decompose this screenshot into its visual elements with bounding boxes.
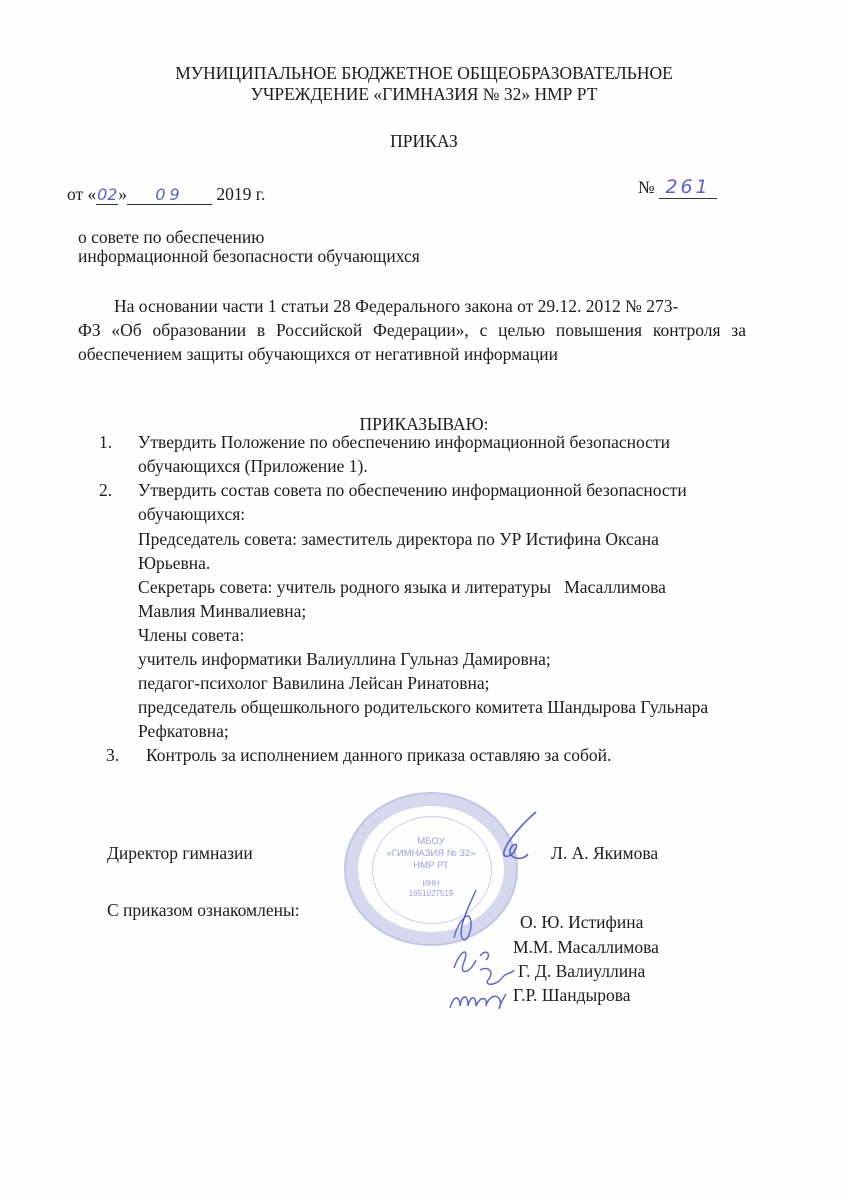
item-2-number: 2.	[99, 480, 112, 501]
item-3-number: 3.	[106, 745, 119, 766]
date-prefix: от «	[67, 184, 96, 204]
stamp-line3: НМР РТ	[346, 860, 516, 871]
acknowledged-label: С приказом ознакомлены:	[107, 900, 300, 921]
preamble-line3: обеспечением защиты обучающихся от негат…	[78, 344, 558, 365]
director-name: Л. А. Якимова	[551, 843, 658, 864]
chair-line1: Председатель совета: заместитель директо…	[138, 529, 659, 550]
date-day: 02	[96, 185, 118, 205]
document-type: ПРИКАЗ	[0, 131, 848, 152]
org-name-line1: МУНИЦИПАЛЬНОЕ БЮДЖЕТНОЕ ОБЩЕОБРАЗОВАТЕЛЬ…	[0, 63, 848, 84]
secretary-line2: Мавлия Минвалиевна;	[138, 601, 306, 622]
number-value: 261	[659, 176, 717, 199]
item-1-number: 1.	[99, 432, 112, 453]
date-mid: »	[118, 184, 127, 204]
member-3-line1: председатель общешкольного родительского…	[138, 697, 708, 718]
staff-signatures-icon	[440, 888, 520, 1028]
item-1-line2: обучающихся (Приложение 1).	[138, 456, 368, 477]
member-3-line2: Рефкатовна;	[138, 721, 229, 742]
director-signature-icon	[494, 808, 544, 868]
stamp-line1: МБОУ	[346, 836, 516, 847]
date-year: 2019 г.	[216, 184, 265, 204]
chair-line2: Юрьевна.	[138, 553, 210, 574]
item-3-line1: Контроль за исполнением данного приказа …	[146, 745, 611, 766]
ack-name-2: М.М. Масаллимова	[513, 937, 659, 958]
signatory-position: Директор гимназии	[107, 843, 253, 864]
secretary-line1: Секретарь совета: учитель родного языка …	[138, 577, 666, 598]
ack-name-3: Г. Д. Валиуллина	[518, 961, 645, 982]
item-1-line1: Утвердить Положение по обеспечению инфор…	[138, 432, 670, 453]
member-1: учитель информатики Валиуллина Гульназ Д…	[138, 649, 551, 670]
order-number: № 261	[638, 176, 717, 199]
number-label: №	[638, 177, 655, 197]
org-name-line2: УЧРЕЖДЕНИЕ «ГИМНАЗИЯ № 32» НМР РТ	[0, 84, 848, 105]
preamble-line2: ФЗ «Об образовании в Российской Федераци…	[78, 320, 746, 341]
member-2: педагог-психолог Вавилина Лейсан Ринатов…	[138, 673, 489, 694]
ack-name-1: О. Ю. Истифина	[520, 912, 643, 933]
ack-name-4: Г.Р. Шандырова	[513, 985, 631, 1006]
members-heading: Члены совета:	[138, 625, 244, 646]
subject-line1: о совете по обеспечению	[78, 227, 264, 248]
item-2-line1: Утвердить состав совета по обеспечению и…	[138, 480, 687, 501]
date-month: 09	[127, 185, 212, 205]
subject-line2: информационной безопасности обучающихся	[78, 246, 420, 267]
item-2-line2: обучающихся:	[138, 504, 245, 525]
order-date: от «02»09 2019 г.	[67, 184, 265, 205]
preamble-line1: На основании части 1 статьи 28 Федеральн…	[114, 296, 744, 317]
stamp-line2: «ГИМНАЗИЯ № 32»	[346, 848, 516, 859]
